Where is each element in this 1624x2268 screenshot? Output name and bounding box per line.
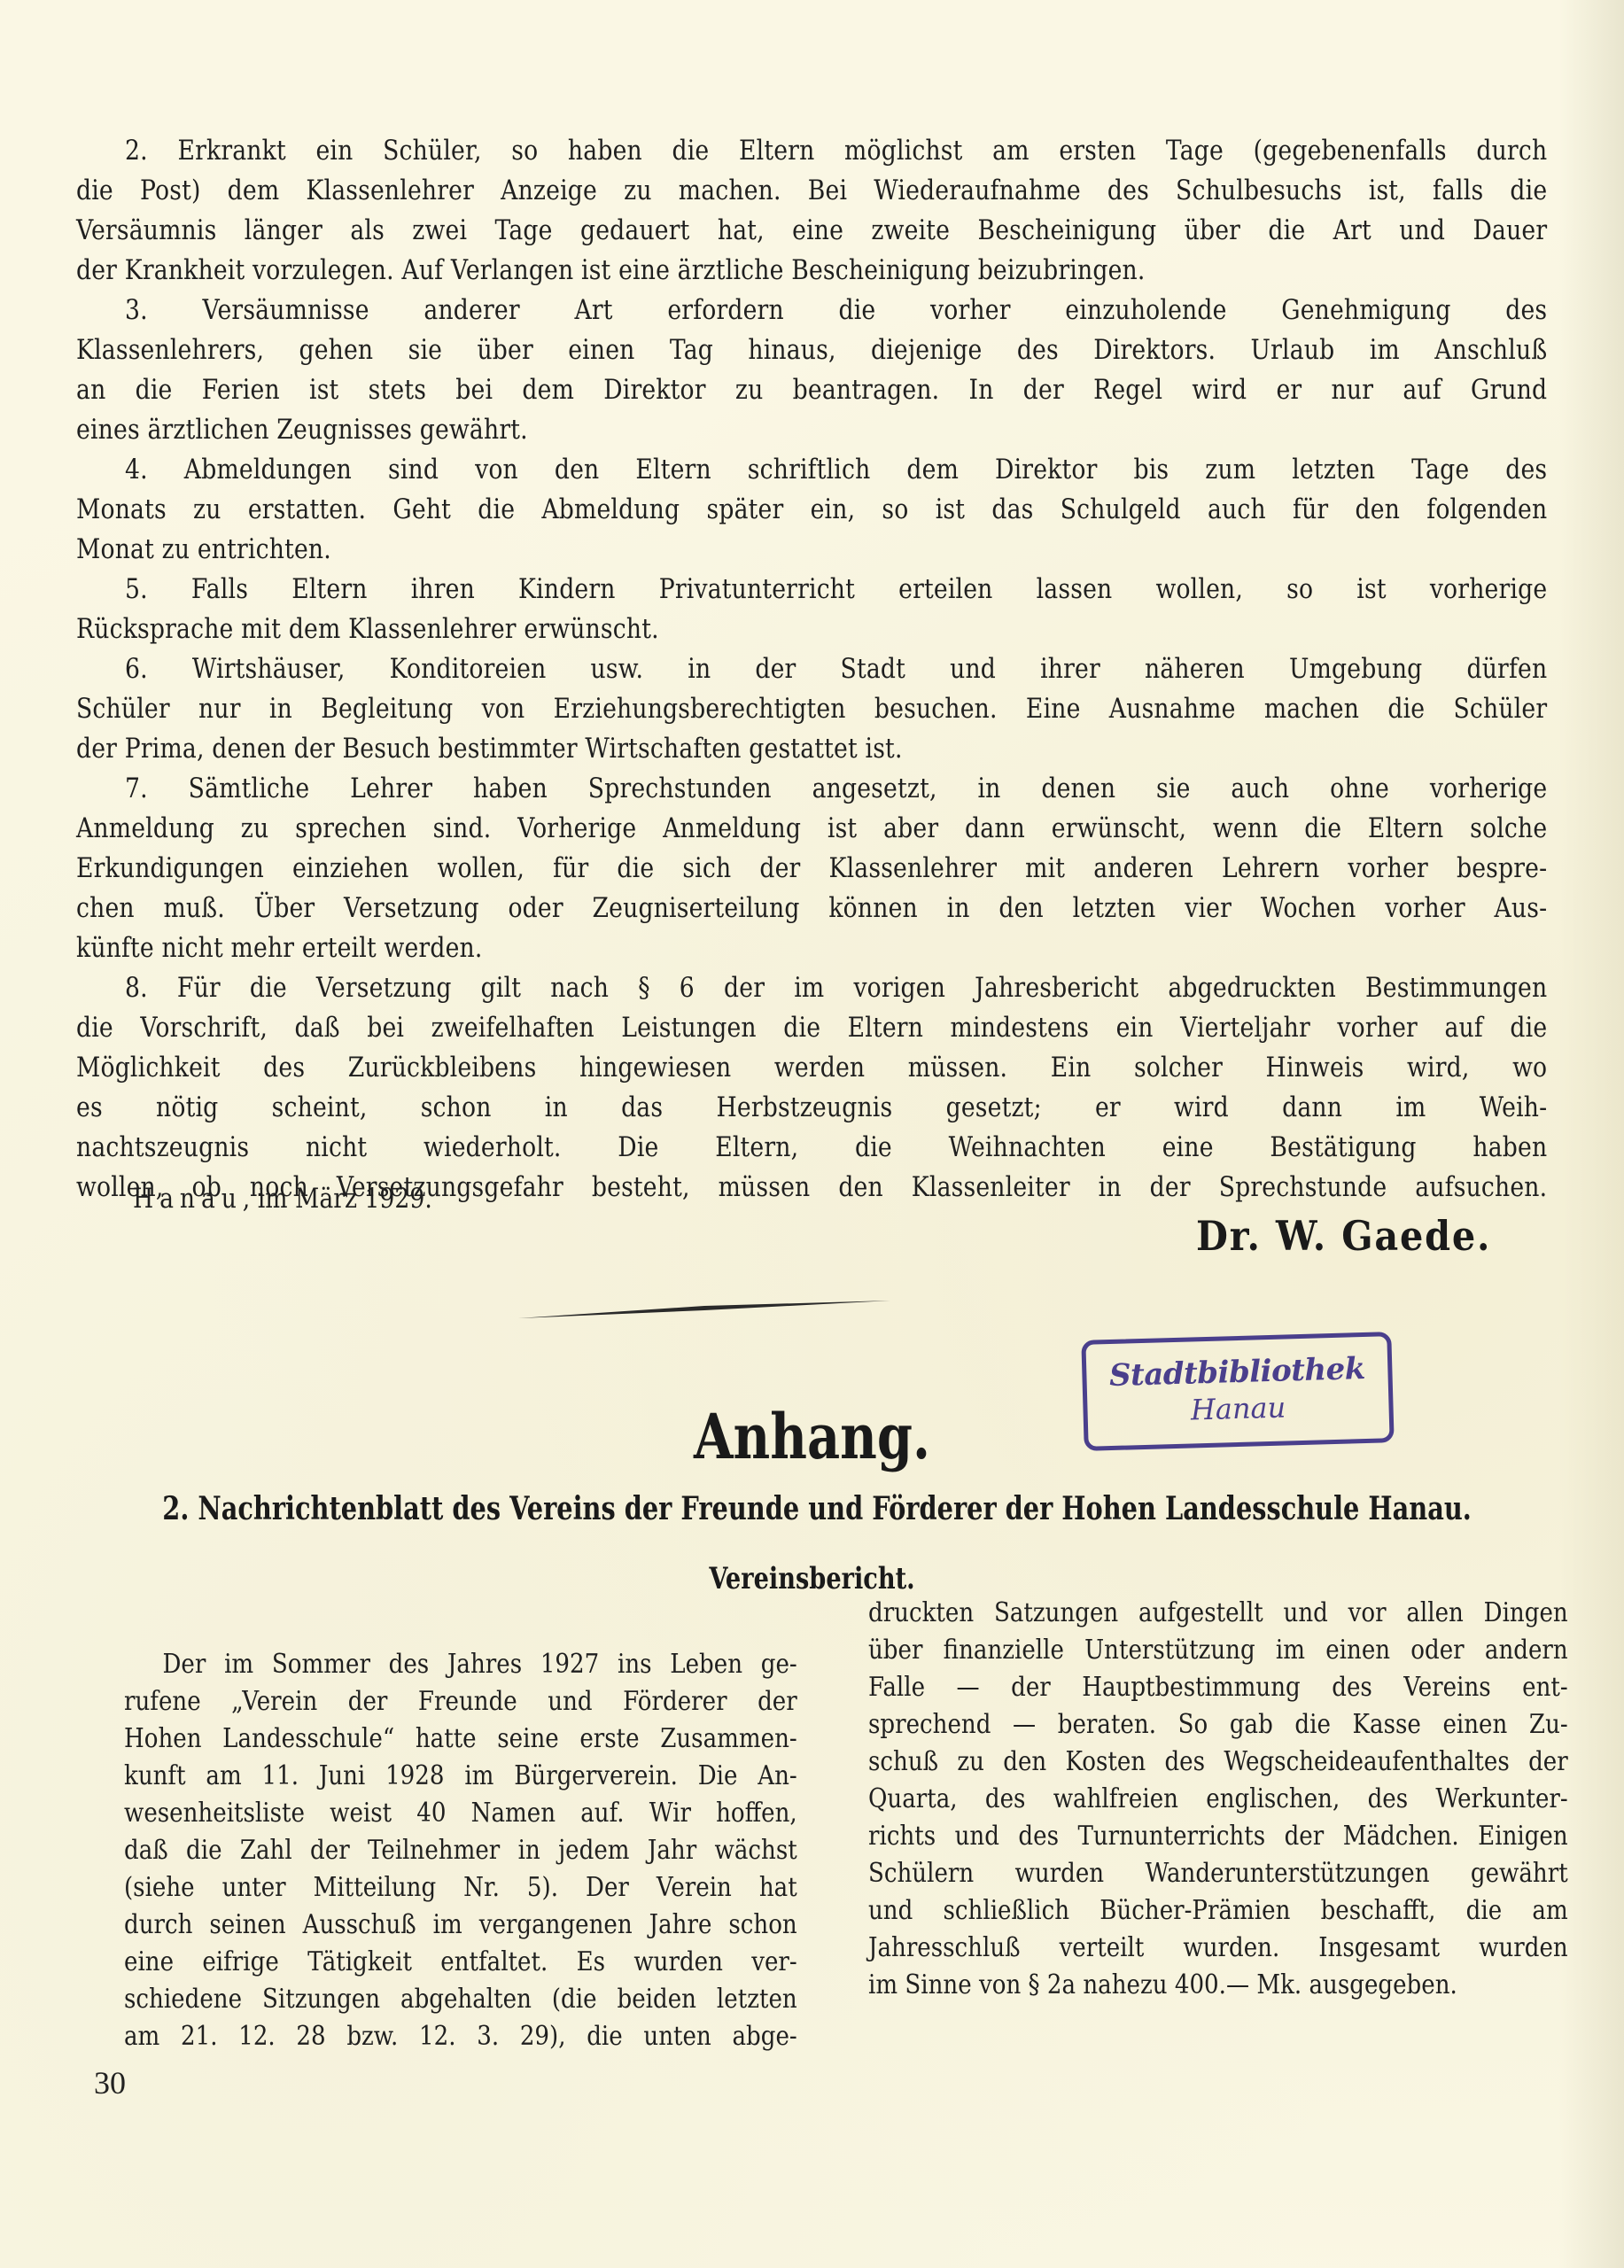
text-line: an die Ferien ist stets bei dem Direktor… <box>76 370 1547 410</box>
text-line: im Sinne von § 2a nahezu 400.— Mk. ausge… <box>868 1967 1568 2004</box>
text-line: Falle — der Hauptbestimmung des Vereins … <box>868 1669 1568 1706</box>
text-line: 6. Wirtshäuser, Konditoreien usw. in der… <box>76 649 1547 689</box>
text-line: es nötig scheint, schon in das Herbstzeu… <box>76 1088 1547 1128</box>
text-line: 3. Versäumnisse anderer Art erfordern di… <box>76 291 1547 330</box>
signature: Dr. W. Gaede. <box>1196 1212 1491 1260</box>
text-line: Klassenlehrers, gehen sie über einen Tag… <box>76 330 1547 370</box>
page-number: 30 <box>94 2064 126 2101</box>
school-rules-section: 2. Erkrankt ein Schüler, so haben die El… <box>76 131 1547 1208</box>
text-line: Der im Sommer des Jahres 1927 ins Leben … <box>124 1646 797 1683</box>
text-line: 7. Sämtliche Lehrer haben Sprechstunden … <box>76 769 1547 809</box>
text-line: Monats zu erstatten. Geht die Abmeldung … <box>76 490 1547 530</box>
text-line: nachtszeugnis nicht wiederholt. Die Elte… <box>76 1128 1547 1168</box>
text-line: kunft am 11. Juni 1928 im Bürgerverein. … <box>124 1758 797 1795</box>
text-line: der Prima, denen der Besuch bestimmter W… <box>76 729 1547 769</box>
text-line: die Post) dem Klassenlehrer Anzeige zu m… <box>76 171 1547 211</box>
text-line: durch seinen Ausschuß im vergangenen Jah… <box>124 1907 797 1944</box>
text-line: rufene „Verein der Freunde und Förderer … <box>124 1683 797 1720</box>
text-line: der Krankheit vorzulegen. Auf Verlangen … <box>76 251 1547 291</box>
place-name: Hanau <box>133 1183 243 1215</box>
text-line: schuß zu den Kosten des Wegscheideaufent… <box>868 1744 1568 1781</box>
text-line: künfte nicht mehr erteilt werden. <box>76 928 1547 968</box>
text-line: Jahresschluß verteilt wurden. Insgesamt … <box>868 1930 1568 1967</box>
text-line: daß die Zahl der Teilnehmer in jedem Jah… <box>124 1832 797 1869</box>
text-line: 4. Abmeldungen sind von den Eltern schri… <box>76 450 1547 490</box>
text-line: 8. Für die Versetzung gilt nach § 6 der … <box>76 968 1547 1008</box>
text-line: Rücksprache mit dem Klassenlehrer erwüns… <box>76 610 1547 649</box>
text-line: am 21. 12. 28 bzw. 12. 3. 29), die unten… <box>124 2018 797 2055</box>
text-line: 2. Erkrankt ein Schüler, so haben die El… <box>76 131 1547 171</box>
text-line: eines ärztlichen Zeugnisses gewährt. <box>76 410 1547 450</box>
text-line: 5. Falls Eltern ihren Kindern Privatunte… <box>76 570 1547 610</box>
text-line: Schülern wurden Wanderunterstützungen ge… <box>868 1855 1568 1892</box>
text-line: Monat zu entrichten. <box>76 530 1547 570</box>
text-line: schiedene Sitzungen abgehalten (die beid… <box>124 1981 797 2018</box>
appendix-title: Anhang. <box>146 1400 1478 1473</box>
text-line: Anmeldung zu sprechen sind. Vorherige An… <box>76 809 1547 849</box>
date-text: , im März 1929. <box>243 1183 432 1215</box>
text-line: (siehe unter Mitteilung Nr. 5). Der Vere… <box>124 1869 797 1907</box>
text-line: über finanzielle Unterstützung im einen … <box>868 1632 1568 1669</box>
text-line: Quarta, des wahlfreien englischen, des W… <box>868 1781 1568 1818</box>
text-line: eine eifrige Tätigkeit entfaltet. Es wur… <box>124 1944 797 1981</box>
text-line: Möglichkeit des Zurückbleibens hingewies… <box>76 1048 1547 1088</box>
text-line: Erkundigungen einziehen wollen, für die … <box>76 849 1547 889</box>
text-line: druckten Satzungen aufgestellt und vor a… <box>868 1595 1568 1632</box>
text-line: Hohen Landesschule“ hatte seine erste Zu… <box>124 1720 797 1758</box>
text-line: und schließlich Bücher-Prämien beschafft… <box>868 1892 1568 1930</box>
text-line: Versäumnis länger als zwei Tage gedauert… <box>76 211 1547 251</box>
stamp-line-1: Stadtbibliothek <box>1086 1350 1388 1394</box>
ornamental-divider <box>518 1301 890 1320</box>
text-line: wesenheitsliste weist 40 Namen auf. Wir … <box>124 1795 797 1832</box>
section-title: 2. Nachrichtenblatt des Vereins der Freu… <box>162 1490 1461 1527</box>
left-column: Der im Sommer des Jahres 1927 ins Leben … <box>124 1646 797 2055</box>
document-page: 2. Erkrankt ein Schüler, so haben die El… <box>0 0 1624 2268</box>
text-line: die Vorschrift, daß bei zweifelhaften Le… <box>76 1008 1547 1048</box>
right-column: druckten Satzungen aufgestellt und vor a… <box>868 1595 1568 2004</box>
place-and-date: Hanau, im März 1929. <box>133 1183 432 1215</box>
text-line: sprechend — beraten. So gab die Kasse ei… <box>868 1706 1568 1744</box>
text-line: Schüler nur in Begleitung von Erziehungs… <box>76 689 1547 729</box>
text-line: chen muß. Über Versetzung oder Zeugniser… <box>76 889 1547 928</box>
report-subtitle: Vereinsbericht. <box>162 1561 1461 1596</box>
text-line: richts und des Turnunterrichts der Mädch… <box>868 1818 1568 1855</box>
